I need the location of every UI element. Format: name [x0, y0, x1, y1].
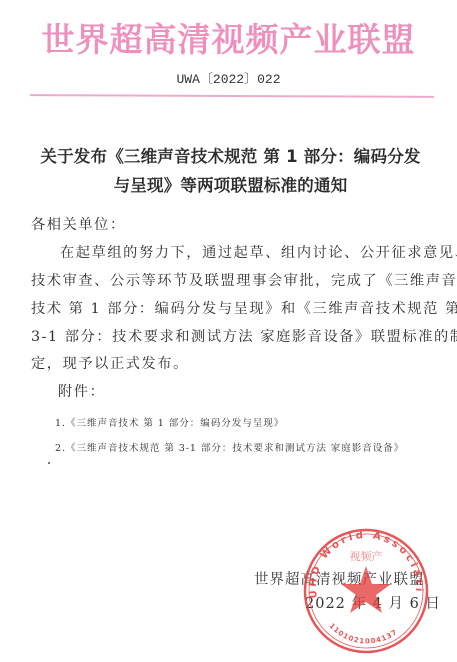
- header-divider: [30, 94, 434, 98]
- attachments-label: 附件：: [58, 381, 105, 401]
- star-icon: [341, 566, 391, 613]
- attachment-item: 2.《三维声音技术规范 第 3-1 部分：技术要求和测试方法 家庭影音设备》: [55, 440, 404, 454]
- paragraph-line: 技术 第 1 部分：编码分发与呈现》和《三维声音技术规范 第: [31, 298, 457, 318]
- salutation: 各相关单位：: [31, 214, 126, 234]
- scan-speck: [48, 462, 50, 464]
- seal-code-text: 1101021004137: [327, 622, 399, 646]
- seal-center-text: 视频产: [350, 549, 383, 563]
- notice-title: 关于发布《三维声音技术规范 第 1 部分：编码分发 与呈现》等两项联盟标准的通知: [28, 142, 433, 200]
- title-line-2: 与呈现》等两项联盟标准的通知: [28, 171, 433, 200]
- organization-header: 世界超高清视频产业联盟: [0, 14, 457, 61]
- official-seal-icon: UHD World Association 1101021004137 视频产: [301, 526, 431, 656]
- paragraph-line: 3-1 部分：技术要求和测试方法 家庭影音设备》联盟标准的制: [31, 326, 457, 346]
- attachment-item: 1.《三维声音技术 第 1 部分：编码分发与呈现》: [55, 415, 284, 429]
- svg-text:1101021004137: 1101021004137: [327, 622, 399, 646]
- title-line-1: 关于发布《三维声音技术规范 第 1 部分：编码分发: [28, 142, 433, 171]
- paragraph-line: 技术审查、公示等环节及联盟理事会审批，完成了《三维声音: [31, 270, 457, 290]
- paragraph-line: 在起草组的努力下，通过起草、组内讨论、公开征求意见、: [60, 242, 457, 262]
- paragraph-line: 定，现予以正式发布。: [31, 353, 189, 373]
- document-number: UWA〔2022〕022: [0, 68, 457, 87]
